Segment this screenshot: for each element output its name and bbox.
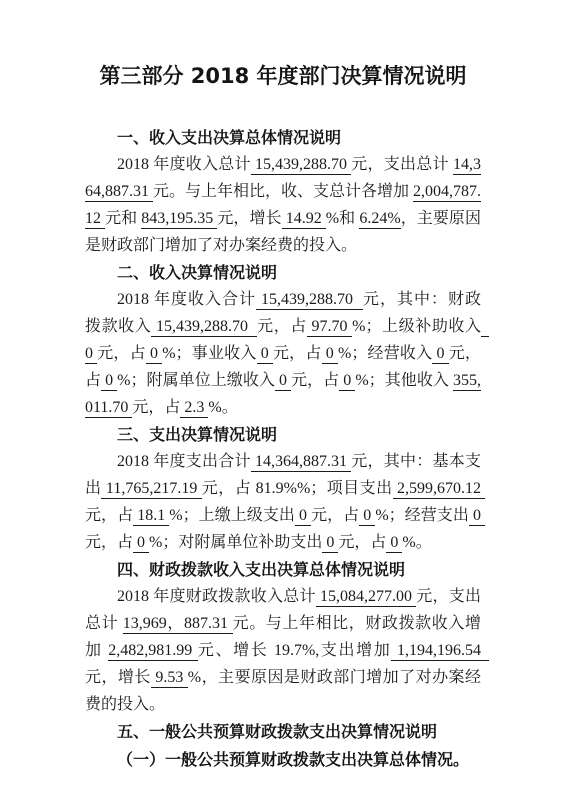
text-run: %。 [208, 399, 237, 416]
section-1-heading: 一、收入支出决算总体情况说明 [85, 124, 481, 151]
text-run: 元，占 [311, 507, 359, 524]
text-run: %。 [402, 534, 431, 551]
text-run: %；其他收入 [355, 372, 453, 389]
section-3-heading: 三、支出决算情况说明 [85, 421, 481, 448]
underlined-value: 15,439,288.70 [256, 291, 363, 310]
text-run: 元，占 [97, 345, 146, 362]
text-run: %；附属单位上缴收入 [117, 372, 275, 389]
section-5-heading: 五、一般公共预算财政拨款支出决算情况说明 [85, 718, 481, 745]
section-4-heading: 四、财政拨款收入支出决算总体情况说明 [85, 556, 481, 583]
text-run: 元，占 [85, 507, 133, 524]
text-run: %和 [326, 210, 360, 227]
underlined-value: 11,765,217.19 [101, 480, 201, 499]
underlined-value: 843,195.35 [141, 210, 217, 229]
underlined-value: 0 [101, 372, 117, 391]
underlined-value: 0 [275, 372, 291, 391]
section-public-budget-expenditure: 五、一般公共预算财政拨款支出决算情况说明 （一）一般公共预算财政拨款支出决算总体… [85, 718, 481, 775]
section-4-paragraph: 2018 年度财政拨款收入总计 15,084,277.00 元，支出总计 13,… [85, 583, 481, 718]
underlined-value: 6.24% [359, 210, 400, 229]
underlined-value: 0 [322, 534, 338, 553]
section-expenditure-statement: 三、支出决算情况说明 2018 年度支出合计 14,364,887.31 元，其… [85, 421, 481, 556]
text-run: 2018 年度收入总计 [117, 156, 251, 173]
text-run: %；上缴上级支出 [169, 507, 295, 524]
section-5-subheading: （一）一般公共预算财政拨款支出决算总体情况。 [85, 746, 481, 775]
underlined-value: 13,969，887.31 [123, 615, 233, 634]
text-run: 元、增长 19.7%,支出增加 [198, 642, 392, 659]
underlined-value: 15,439,288.70 [151, 318, 257, 337]
underlined-value: 2.3 [180, 399, 208, 418]
text-run: 元，占 [257, 318, 307, 335]
underlined-value: 0 [322, 345, 338, 364]
section-income-expenditure-overview: 一、收入支出决算总体情况说明 2018 年度收入总计 15,439,288.70… [85, 124, 481, 259]
underlined-value: 2,599,670.12 [393, 480, 485, 499]
section-income-statement: 二、收入决算情况说明 2018 年度收入合计 15,439,288.70 元，其… [85, 259, 481, 421]
text-run: %；经营收入 [338, 345, 432, 362]
section-2-heading: 二、收入决算情况说明 [85, 259, 481, 286]
text-run: 元，占 [85, 534, 133, 551]
text-run: 元，占 81.9%%；项目支出 [202, 480, 393, 497]
text-run: 元。与上年相比，收、支总计各增加 [153, 183, 413, 200]
underlined-value: 0 [339, 372, 355, 391]
text-run: 2018 年度财政拨款收入总计 [117, 588, 316, 605]
text-run: 元，占 [132, 399, 180, 416]
underlined-value: 0 [133, 534, 149, 553]
text-run: 元，占 [291, 372, 339, 389]
text-run: 元，增长 [85, 669, 151, 686]
text-run: %；事业收入 [162, 345, 256, 362]
underlined-value: 0 [469, 507, 485, 526]
underlined-value: 18.1 [133, 507, 169, 526]
underlined-value: 0 [359, 507, 375, 526]
underlined-value: 9.53 [151, 669, 188, 688]
text-run: 元，支出总计 [351, 156, 453, 173]
text-run: 2018 年度收入合计 [117, 291, 256, 308]
document-title: 第三部分 2018 年度部门决算情况说明 [85, 60, 481, 92]
text-run: 元，占 [273, 345, 322, 362]
section-2-paragraph: 2018 年度收入合计 15,439,288.70 元，其中：财政拨款收入 15… [85, 286, 481, 421]
underlined-value: 14,364,887.31 [251, 453, 352, 472]
underlined-value: 15,084,277.00 [316, 588, 417, 607]
underlined-value: 1,194,196.54 [391, 642, 489, 661]
underlined-value: 14.92 [282, 210, 326, 229]
text-run: 元，增长 [217, 210, 281, 227]
text-run: %；上级补助收入 [352, 318, 481, 335]
text-run: 元，占 [338, 534, 386, 551]
text-run: 2018 年度支出合计 [117, 453, 251, 470]
underlined-value: 15,439,288.70 [251, 156, 352, 175]
section-3-paragraph: 2018 年度支出合计 14,364,887.31 元，其中：基本支出 11,7… [85, 448, 481, 556]
underlined-value: 0 [257, 345, 273, 364]
section-fiscal-appropriation-overview: 四、财政拨款收入支出决算总体情况说明 2018 年度财政拨款收入总计 15,08… [85, 556, 481, 718]
text-run: 元和 [105, 210, 141, 227]
underlined-value: 0 [432, 345, 448, 364]
section-1-paragraph: 2018 年度收入总计 15,439,288.70 元，支出总计 14,364,… [85, 151, 481, 259]
underlined-value: 0 [386, 534, 402, 553]
underlined-value: 0 [146, 345, 162, 364]
document-page: 第三部分 2018 年度部门决算情况说明 一、收入支出决算总体情况说明 2018… [0, 0, 565, 800]
underlined-value: 2,482,981.99 [108, 642, 198, 661]
text-run: %；经营支出 [375, 507, 469, 524]
underlined-value: 0 [295, 507, 311, 526]
underlined-value: 97.70 [307, 318, 352, 337]
text-run: %；对附属单位补助支出 [149, 534, 322, 551]
